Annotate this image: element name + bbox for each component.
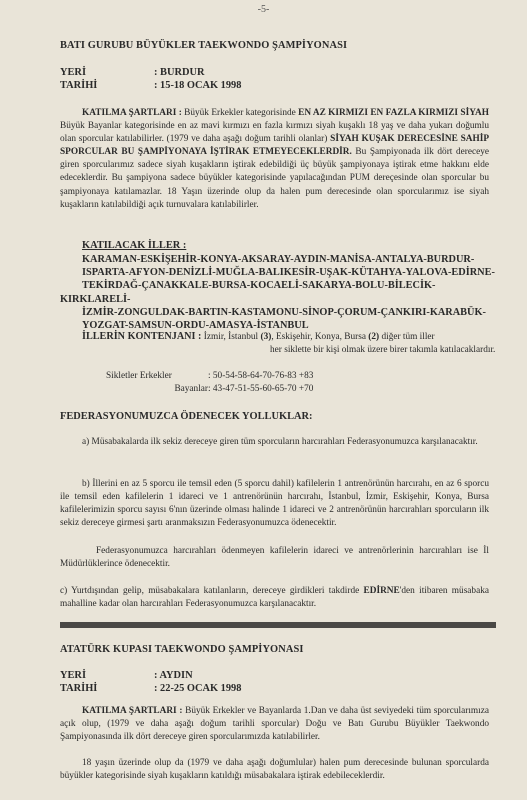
kontenjan-bold: (2) [368, 332, 379, 342]
yeri-value: : AYDIN [154, 670, 193, 681]
yeri-label: YERİ [60, 66, 154, 79]
section1-katilma-sartlari: KATILMA ŞARTLARI : Büyük Erkekler katego… [60, 107, 489, 212]
sikletler: Sikletler Erkekler: 50-54-58-64-70-76-83… [106, 370, 313, 396]
yeri-value: : BURDUR [154, 67, 205, 78]
kontenjan-text: , Eskişehir, Konya, Bursa [271, 332, 368, 342]
section2-info: YERİ: AYDIN TARİHİ: 22-25 OCAK 1998 [60, 669, 241, 695]
iller-line: İZMİR-ZONGULDAK-BARTIN-KASTAMONU-SİNOP-Ç… [60, 307, 486, 318]
document-page: -5- BATI GURUBU BÜYÜKLER TAEKWONDO ŞAMPİ… [0, 0, 527, 800]
iller-heading: KATILACAK İLLER : [82, 240, 186, 251]
sikletler-erkek: : 50-54-58-64-70-76-83 +83 [208, 371, 313, 381]
katilma-label: KATILMA ŞARTLARI : [82, 108, 182, 118]
section-divider [60, 622, 496, 628]
iller-line: KARAMAN-ESKİŞEHİR-KONYA-AKSARAY-AYDIN-MA… [60, 254, 474, 265]
kontenjan-text: diğer tüm iller [379, 332, 435, 342]
yolluk-c-bold: EDİRNE [364, 586, 400, 596]
kontenjan-text: İzmir, İstanbul [201, 332, 260, 342]
kontenjan: İLLERİN KONTENJANI : İzmir, İstanbul (3)… [82, 330, 495, 357]
katilma-label: KATILMA ŞARTLARI : [82, 706, 182, 716]
yolluk-c: c) Yurtdışından gelip, müsabakalara katı… [60, 585, 489, 611]
tarihi-label: TARİHİ [60, 79, 154, 92]
iller-list: KARAMAN-ESKİŞEHİR-KONYA-AKSARAY-AYDIN-MA… [60, 253, 500, 332]
yolluk-b: b) İllerini en az 5 sporcu ile temsil ed… [60, 478, 489, 530]
iller-line: TEKİRDAĞ-ÇANAKKALE-BURSA-KOCAELİ-SAKARYA… [60, 280, 435, 304]
kontenjan-line2: her siklette bir kişi olmak üzere birer … [82, 344, 495, 357]
sikletler-label: Sikletler Erkekler [106, 370, 208, 383]
yeri-label: YERİ [60, 669, 154, 682]
kontenjan-bold: (3) [260, 332, 271, 342]
katilma-text: Büyük Erkekler kategorisinde [182, 108, 298, 118]
yolluk-note: Federasyonumuzca harcırahları ödenmeyen … [60, 545, 489, 571]
tarihi-label: TARİHİ [60, 682, 154, 695]
section1-info: YERİ: BURDUR TARİHİ: 15-18 OCAK 1998 [60, 66, 241, 92]
sikletler-bayan: : 43-47-51-55-60-65-70 +70 [208, 384, 313, 394]
section2-katilma-sartlari: KATILMA ŞARTLARI : Büyük Erkekler ve Bay… [60, 705, 489, 744]
tarihi-value: : 22-25 OCAK 1998 [154, 683, 241, 694]
tarihi-value: : 15-18 OCAK 1998 [154, 80, 241, 91]
kontenjan-label: İLLERİN KONTENJANI : [82, 331, 201, 342]
katilma-bold: EN AZ KIRMIZI EN FAZLA KIRMIZI SİYAH [298, 108, 489, 118]
iller-line: ISPARTA-AFYON-DENİZLİ-MUĞLA-BALIKESİR-UŞ… [60, 267, 495, 278]
section2-title: ATATÜRK KUPASI TAEKWONDO ŞAMPİYONASI [60, 644, 303, 655]
page-number: -5- [0, 4, 527, 15]
section1-title: BATI GURUBU BÜYÜKLER TAEKWONDO ŞAMPİYONA… [60, 40, 347, 51]
section2-para2: 18 yaşın üzerinde olup da (1979 ve daha … [60, 757, 489, 783]
yolluk-a: a) Müsabakalarda ilk sekiz dereceye gire… [60, 436, 489, 449]
yolluk-c-text: c) Yurtdışından gelip, müsabakalara katı… [60, 586, 364, 596]
yolluk-heading: FEDERASYONUMUZCA ÖDENECEK YOLLUKLAR: [60, 411, 312, 422]
sikletler-bayan-label: Bayanlar [106, 383, 208, 396]
